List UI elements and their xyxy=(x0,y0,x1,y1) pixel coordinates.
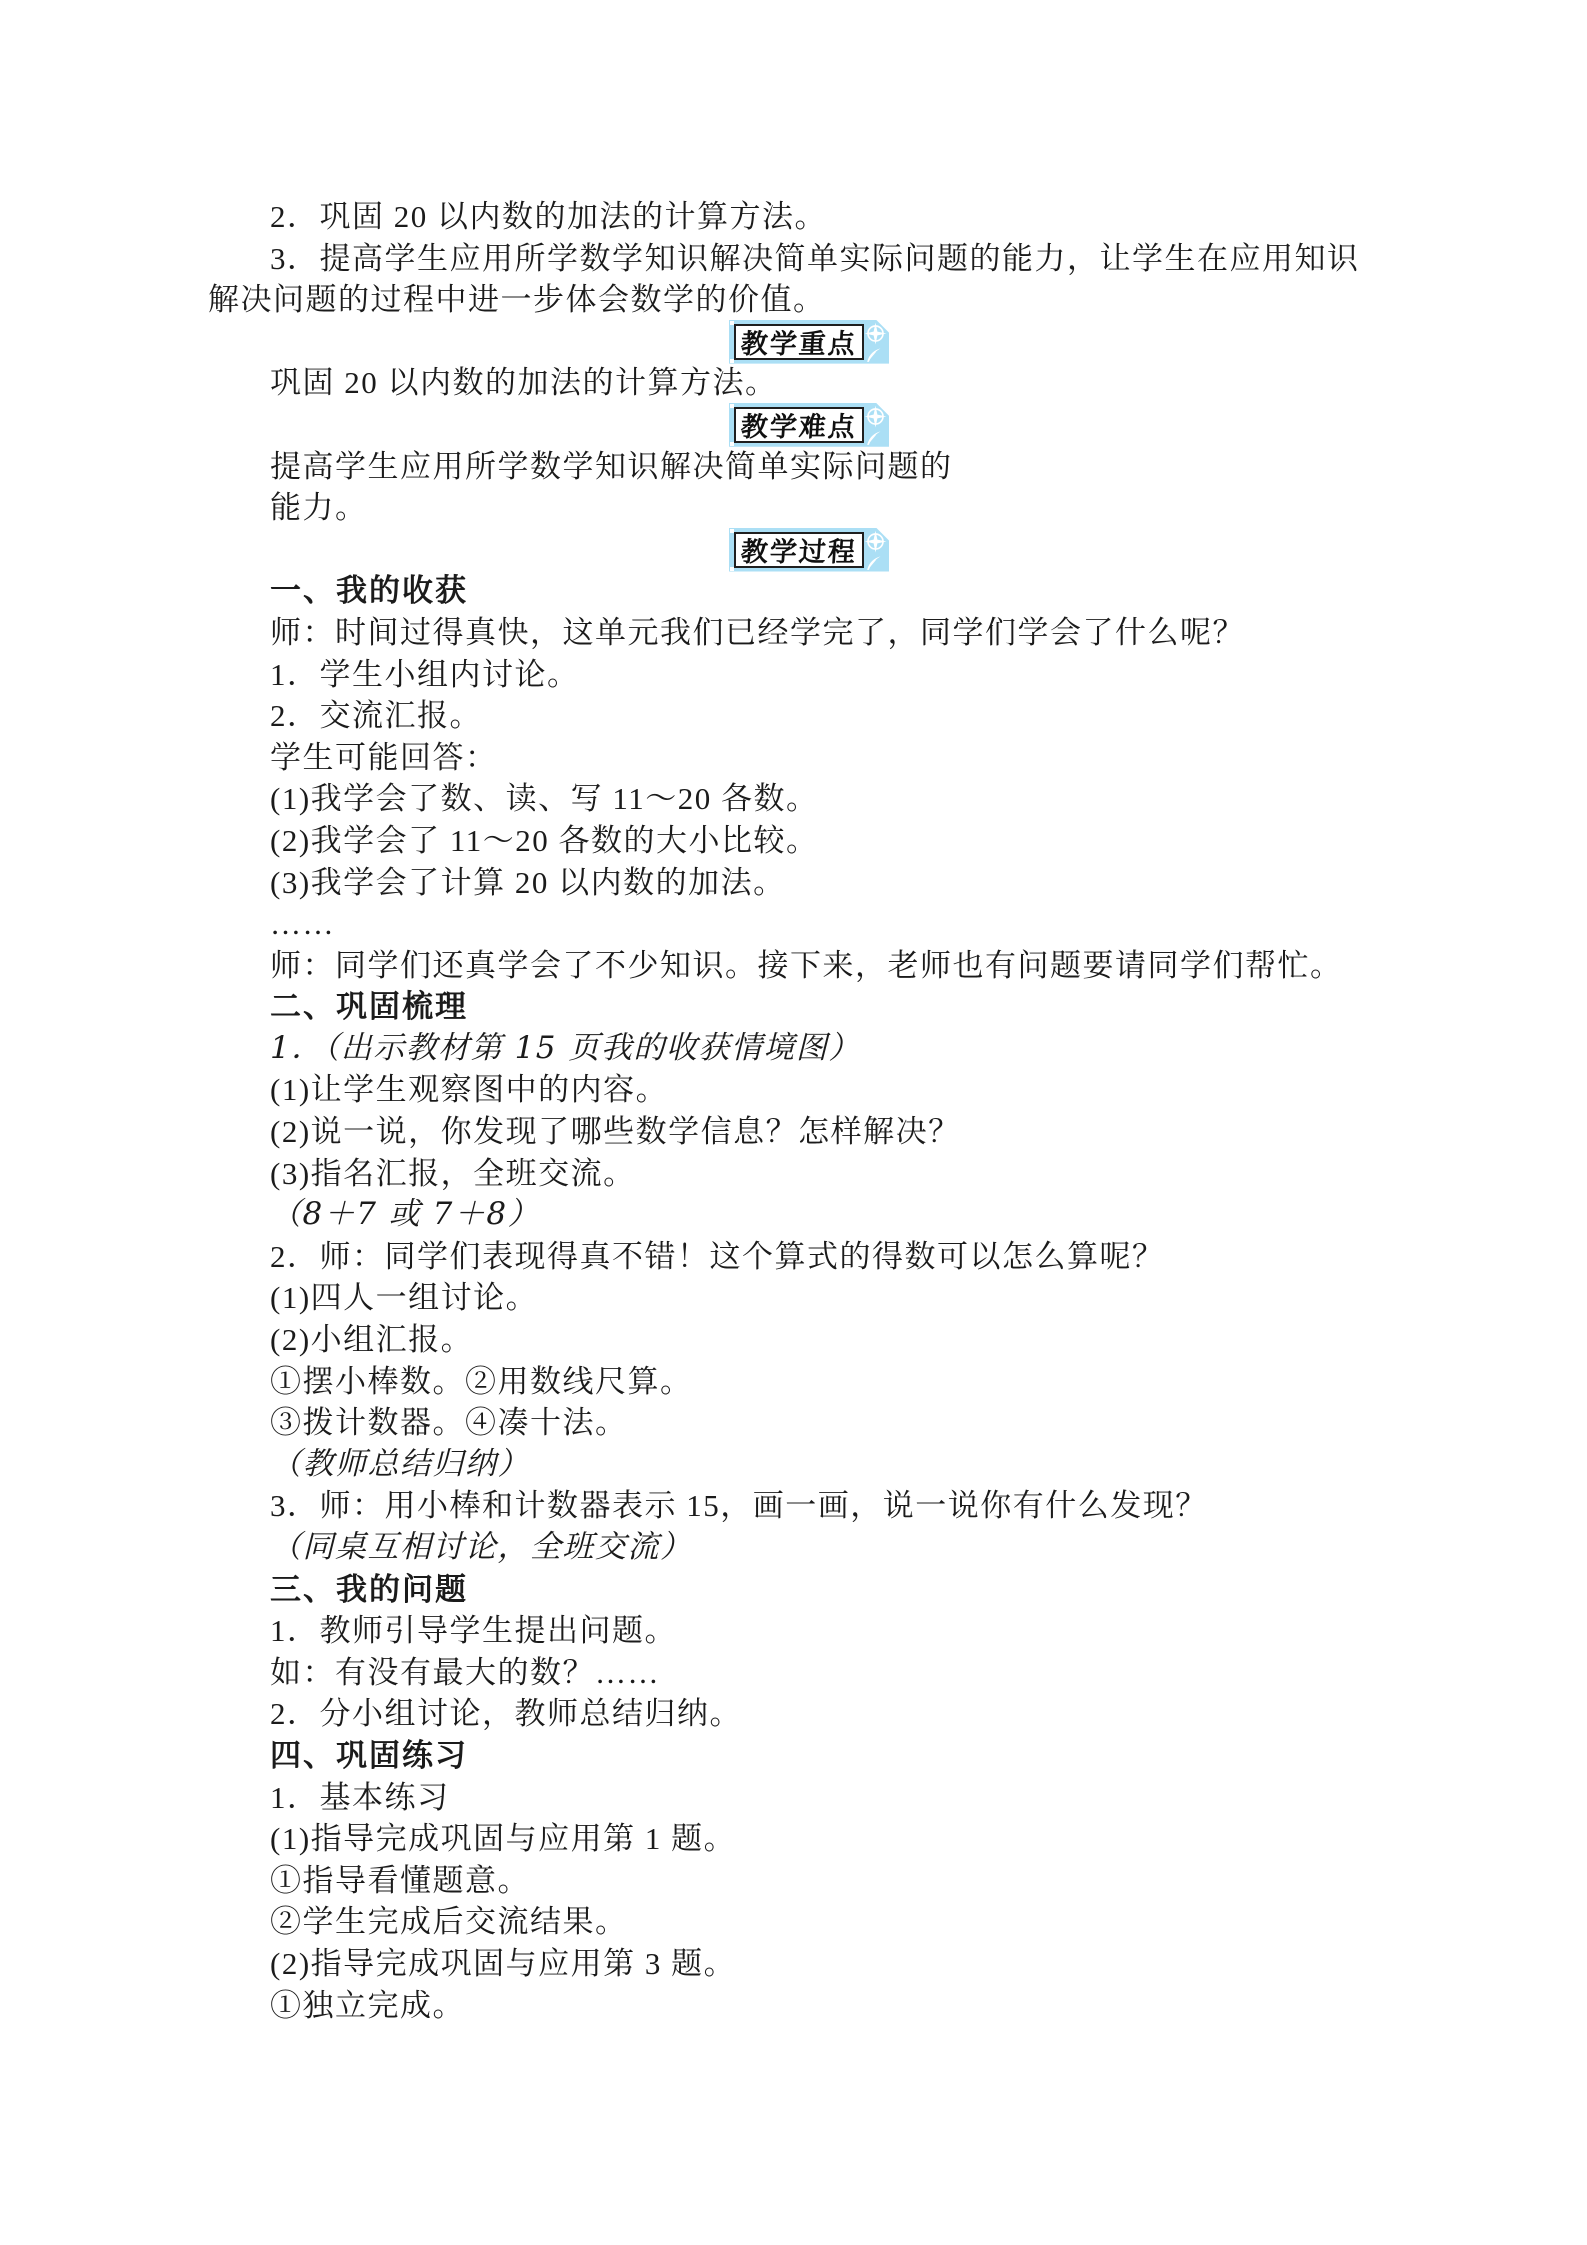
badge-label: 教学过程 xyxy=(740,530,859,569)
document-page: 2．巩固 20 以内数的加法的计算方法。3．提高学生应用所学数学知识解决简单实际… xyxy=(0,0,1587,2245)
text-line: ③拨计数器。④凑十法。 xyxy=(208,1402,1410,1444)
text-line: ①摆小棒数。②用数线尺算。 xyxy=(208,1361,1410,1403)
text-line: 提高学生应用所学数学知识解决简单实际问题的 xyxy=(208,446,1410,488)
text-line: （同桌互相讨论，全班交流） xyxy=(208,1527,1410,1569)
text-line: 1．基本练习 xyxy=(208,1777,1410,1819)
badge-label-box: 教学过程 xyxy=(734,532,864,568)
text-line: 2．师：同学们表现得真不错！这个算式的得数可以怎么算呢？ xyxy=(208,1236,1410,1278)
badge-label-box: 教学重点 xyxy=(734,324,864,360)
section-heading: 一、我的收获 xyxy=(208,570,1410,612)
text-line: （8＋7 或 7＋8） xyxy=(208,1194,1410,1236)
text-line: 师：同学们还真学会了不少知识。接下来，老师也有问题要请同学们帮忙。 xyxy=(208,945,1410,987)
text-line: (2)小组汇报。 xyxy=(208,1319,1410,1361)
section-badge: 教学过程 xyxy=(729,528,889,572)
text-line: 1．（出示教材第 15 页我的收获情境图） xyxy=(208,1028,1410,1070)
section-heading: 四、巩固练习 xyxy=(208,1735,1410,1777)
section-badge: 教学难点 xyxy=(729,403,889,447)
text-line: ①独立完成。 xyxy=(208,1985,1410,2027)
text-line: 巩固 20 以内数的加法的计算方法。 xyxy=(208,362,1410,404)
text-line: (3)我学会了计算 20 以内数的加法。 xyxy=(208,862,1410,904)
text-line: 3．提高学生应用所学数学知识解决简单实际问题的能力，让学生在应用知识 xyxy=(208,238,1410,280)
section-badge: 教学重点 xyxy=(729,320,889,364)
text-line: 能力。 xyxy=(208,487,1410,529)
badge-row: 教学难点 xyxy=(208,404,1410,446)
text-line: 3．师：用小棒和计数器表示 15，画一画，说一说你有什么发现？ xyxy=(208,1485,1410,1527)
text-line: (1)让学生观察图中的内容。 xyxy=(208,1069,1410,1111)
text-line: 2．交流汇报。 xyxy=(208,695,1410,737)
text-line: 2．巩固 20 以内数的加法的计算方法。 xyxy=(208,196,1410,238)
badge-row: 教学重点 xyxy=(208,321,1410,363)
text-line: 解决问题的过程中进一步体会数学的价值。 xyxy=(208,279,1410,321)
text-line: 1．教师引导学生提出问题。 xyxy=(208,1610,1410,1652)
text-line: 师：时间过得真快，这单元我们已经学完了，同学们学会了什么呢？ xyxy=(208,612,1410,654)
section-heading: 三、我的问题 xyxy=(208,1569,1410,1611)
section-heading: 二、巩固梳理 xyxy=(208,986,1410,1028)
text-line: ①指导看懂题意。 xyxy=(208,1860,1410,1902)
text-line: 1．学生小组内讨论。 xyxy=(208,654,1410,696)
compass-star-icon xyxy=(863,321,888,346)
feather-icon xyxy=(865,347,882,364)
text-line: (2)指导完成巩固与应用第 3 题。 xyxy=(208,1943,1410,1985)
text-line: (2)我学会了 11～20 各数的大小比较。 xyxy=(208,820,1410,862)
compass-star-icon xyxy=(863,404,888,429)
badge-label-box: 教学难点 xyxy=(734,407,864,443)
feather-icon xyxy=(865,555,882,572)
text-line: (1)四人一组讨论。 xyxy=(208,1277,1410,1319)
text-line: (3)指名汇报，全班交流。 xyxy=(208,1153,1410,1195)
text-line: (2)说一说，你发现了哪些数学信息？怎样解决？ xyxy=(208,1111,1410,1153)
compass-star-icon xyxy=(863,529,888,554)
feather-icon xyxy=(865,430,882,447)
text-line: (1)我学会了数、读、写 11～20 各数。 xyxy=(208,778,1410,820)
text-line: ②学生完成后交流结果。 xyxy=(208,1901,1410,1943)
text-line: 2．分小组讨论，教师总结归纳。 xyxy=(208,1693,1410,1735)
text-line: …… xyxy=(208,903,1410,945)
text-line: (1)指导完成巩固与应用第 1 题。 xyxy=(208,1818,1410,1860)
text-line: 如：有没有最大的数？…… xyxy=(208,1652,1410,1694)
badge-label: 教学难点 xyxy=(740,405,859,444)
badge-label: 教学重点 xyxy=(740,322,859,361)
document-body: 2．巩固 20 以内数的加法的计算方法。3．提高学生应用所学数学知识解决简单实际… xyxy=(208,196,1410,2026)
text-line: 学生可能回答： xyxy=(208,737,1410,779)
badge-row: 教学过程 xyxy=(208,529,1410,571)
text-line: （教师总结归纳） xyxy=(208,1444,1410,1486)
